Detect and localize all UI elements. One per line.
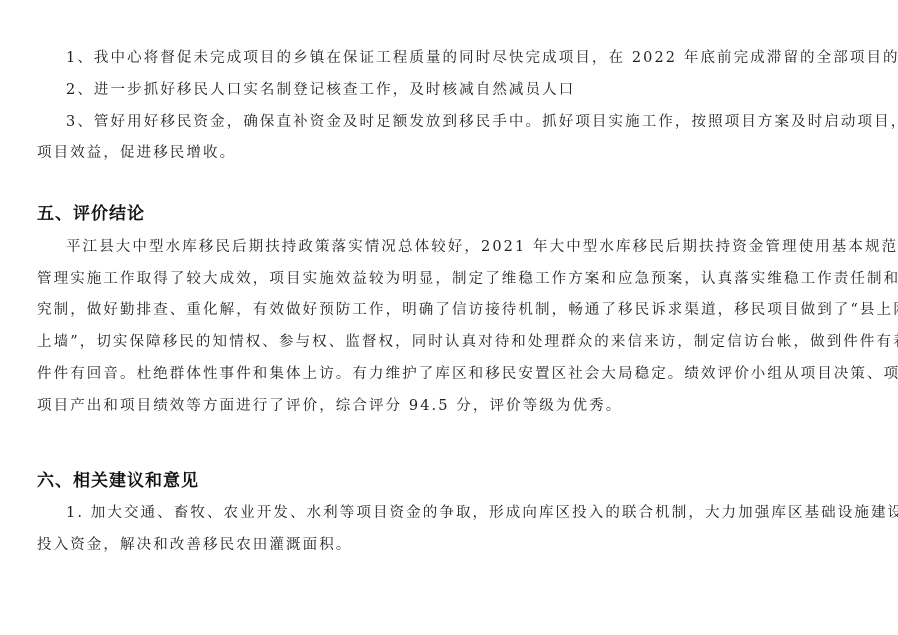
section-heading-evaluation-conclusion: 五、评价结论 — [37, 203, 145, 225]
conclusion-line-2: 管理实施工作取得了较大成效，项目实施效益较为明显，制定了维稳工作方案和应急预案，… — [37, 269, 898, 289]
conclusion-line-1: 平江县大中型水库移民后期扶持政策落实情况总体较好，2021 年大中型水库移民后期… — [66, 237, 898, 257]
document-page: 1、我中心将督促未完成项目的乡镇在保证工程质量的同时尽快完成项目，在 2022 … — [0, 0, 898, 635]
measure-item-3-line-2: 项目效益，促进移民增收。 — [37, 143, 236, 163]
conclusion-line-6: 项目产出和项目绩效等方面进行了评价，综合评分 94.5 分，评价等级为优秀。 — [37, 396, 622, 416]
conclusion-line-5: 件件有回音。杜绝群体性事件和集体上访。有力维护了库区和移民安置区社会大局稳定。绩… — [37, 364, 898, 384]
measure-item-1: 1、我中心将督促未完成项目的乡镇在保证工程质量的同时尽快完成项目，在 2022 … — [66, 48, 898, 68]
conclusion-line-4: 上墙”，切实保障移民的知情权、参与权、监督权，同时认真对待和处理群众的来信来访，… — [37, 332, 898, 352]
suggestion-line-2: 投入资金，解决和改善移民农田灌溉面积。 — [37, 535, 352, 555]
measure-item-2: 2、进一步抓好移民人口实名制登记核查工作，及时核减自然减员人口 — [66, 80, 575, 100]
measure-item-3-line-1: 3、管好用好移民资金，确保直补资金及时足额发放到移民手中。抓好项目实施工作，按照… — [66, 112, 898, 132]
conclusion-line-3: 究制，做好勤排查、重化解，有效做好预防工作，明确了信访接待机制，畅通了移民诉求渠… — [37, 300, 898, 320]
section-heading-suggestions: 六、相关建议和意见 — [37, 470, 199, 492]
suggestion-line-1: 1. 加大交通、畜牧、农业开发、水利等项目资金的争取，形成向库区投入的联合机制，… — [66, 503, 898, 523]
